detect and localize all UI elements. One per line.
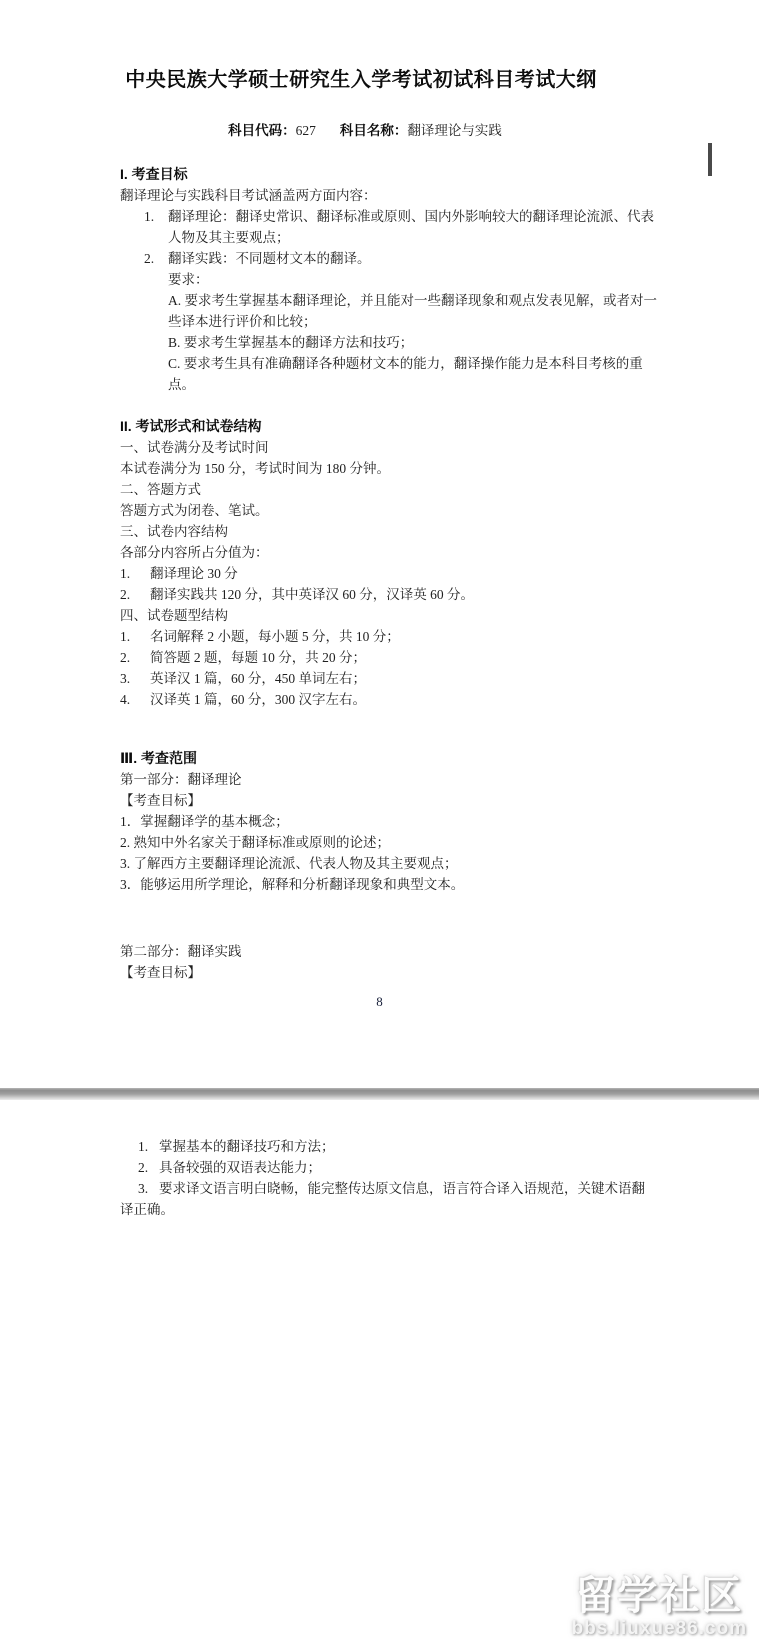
doc-line: 1．掌握翻译学的基本概念； <box>120 811 665 832</box>
doc-line: 三、试卷内容结构 <box>120 521 665 542</box>
list-text: 翻译理论：翻译史常识、翻译标准或原则、国内外影响较大的翻译理论流派、代表 <box>168 206 654 227</box>
doc-line: 3.要求译文语言明白晓畅，能完整传达原文信息，语言符合译入语规范，关键术语翻 <box>120 1178 665 1199</box>
list-number: 1. <box>138 1136 159 1157</box>
doc-line: 答题方式为闭卷、笔试。 <box>120 500 665 521</box>
page-number: 8 <box>0 994 759 1010</box>
subject-code-label: 科目代码： <box>228 123 296 138</box>
doc-line: 1.名词解释 2 小题，每小题 5 分，共 10 分； <box>120 626 665 647</box>
list-text: 汉译英 1 篇，60 分，300 汉字左右。 <box>150 689 366 710</box>
doc-line: 2. 熟知中外名家关于翻译标准或原则的论述； <box>120 832 665 853</box>
doc-line: 译正确。 <box>120 1199 665 1220</box>
document-title: 中央民族大学硕士研究生入学考试初试科目考试大纲 <box>0 63 722 92</box>
watermark: 留学社区 bbs.liuxue86.com <box>572 1574 747 1640</box>
list-number: 2. <box>138 1157 159 1178</box>
list-text: 翻译理论 30 分 <box>150 563 238 584</box>
list-number: 2. <box>120 647 150 668</box>
doc-line: 些译本进行评价和比较； <box>120 311 665 332</box>
doc-line: 要求： <box>120 269 665 290</box>
doc-line: 本试卷满分为 150 分，考试时间为 180 分钟。 <box>120 458 665 479</box>
list-text: 简答题 2 题，每题 10 分，共 20 分； <box>150 647 366 668</box>
doc-line: 四、试卷题型结构 <box>120 605 665 626</box>
list-text: 具备较强的双语表达能力； <box>159 1157 321 1178</box>
page1-content: I. 考查目标翻译理论与实践科目考试涵盖两方面内容：1.翻译理论：翻译史常识、翻… <box>120 164 665 983</box>
doc-line: Ⅲ. 考查范围 <box>120 748 665 769</box>
doc-line: 【考查目标】 <box>120 962 665 983</box>
doc-line: I. 考查目标 <box>120 164 665 185</box>
subject-name-value: 翻译理论与实践 <box>407 123 502 138</box>
doc-line: 1.翻译理论：翻译史常识、翻译标准或原则、国内外影响较大的翻译理论流派、代表 <box>120 206 665 227</box>
doc-line: 2.简答题 2 题，每题 10 分，共 20 分； <box>120 647 665 668</box>
doc-line: 各部分内容所占分值为： <box>120 542 665 563</box>
doc-line: 二、答题方式 <box>120 479 665 500</box>
doc-line: 2.翻译实践共 120 分，其中英译汉 60 分，汉译英 60 分。 <box>120 584 665 605</box>
list-number: 1. <box>120 563 150 584</box>
list-number: 3. <box>120 668 150 689</box>
subject-code-value: 627 <box>296 123 316 138</box>
list-number: 4. <box>120 689 150 710</box>
doc-line: 2.翻译实践：不同题材文本的翻译。 <box>120 248 665 269</box>
watermark-brand: 留学社区 <box>572 1574 747 1618</box>
list-number: 3. <box>138 1178 159 1199</box>
list-number: 2. <box>144 248 168 269</box>
list-text: 掌握基本的翻译技巧和方法； <box>159 1136 335 1157</box>
list-text: 英译汉 1 篇，60 分，450 单词左右； <box>150 668 366 689</box>
doc-line: 人物及其主要观点； <box>120 227 665 248</box>
page-separator <box>0 1088 759 1100</box>
doc-line: 点。 <box>120 374 665 395</box>
list-text: 翻译实践共 120 分，其中英译汉 60 分，汉译英 60 分。 <box>150 584 474 605</box>
doc-line: 1.掌握基本的翻译技巧和方法； <box>120 1136 665 1157</box>
doc-line: 第二部分：翻译实践 <box>120 941 665 962</box>
subject-name-label: 科目名称： <box>340 123 408 138</box>
list-text: 名词解释 2 小题，每小题 5 分，共 10 分； <box>150 626 400 647</box>
doc-line: 2.具备较强的双语表达能力； <box>120 1157 665 1178</box>
doc-line: 4.汉译英 1 篇，60 分，300 汉字左右。 <box>120 689 665 710</box>
doc-line: 3.英译汉 1 篇，60 分，450 单词左右； <box>120 668 665 689</box>
doc-line: II. 考试形式和试卷结构 <box>120 416 665 437</box>
doc-line: B. 要求考生掌握基本的翻译方法和技巧； <box>120 332 665 353</box>
subject-line: 科目代码：627科目名称：翻译理论与实践 <box>0 119 730 139</box>
doc-line: 【考查目标】 <box>120 790 665 811</box>
list-text: 翻译实践：不同题材文本的翻译。 <box>168 248 371 269</box>
list-number: 2. <box>120 584 150 605</box>
doc-line: 1.翻译理论 30 分 <box>120 563 665 584</box>
doc-line: 3. 了解西方主要翻译理论流派、代表人物及其主要观点； <box>120 853 665 874</box>
list-text: 要求译文语言明白晓畅，能完整传达原文信息，语言符合译入语规范，关键术语翻 <box>159 1178 645 1199</box>
scan-artifact-mark <box>708 143 712 176</box>
doc-line: 一、试卷满分及考试时间 <box>120 437 665 458</box>
list-number: 1. <box>144 206 168 227</box>
doc-line: 第一部分：翻译理论 <box>120 769 665 790</box>
page2-content: 1.掌握基本的翻译技巧和方法；2.具备较强的双语表达能力；3.要求译文语言明白晓… <box>120 1136 665 1220</box>
doc-line: 翻译理论与实践科目考试涵盖两方面内容： <box>120 185 665 206</box>
list-number: 1. <box>120 626 150 647</box>
doc-line: A. 要求考生掌握基本翻译理论，并且能对一些翻译现象和观点发表见解，或者对一 <box>120 290 665 311</box>
doc-line: C. 要求考生具有准确翻译各种题材文本的能力，翻译操作能力是本科目考核的重 <box>120 353 665 374</box>
watermark-site: bbs.liuxue86.com <box>572 1618 747 1640</box>
doc-line: 3．能够运用所学理论，解释和分析翻译现象和典型文本。 <box>120 874 665 895</box>
